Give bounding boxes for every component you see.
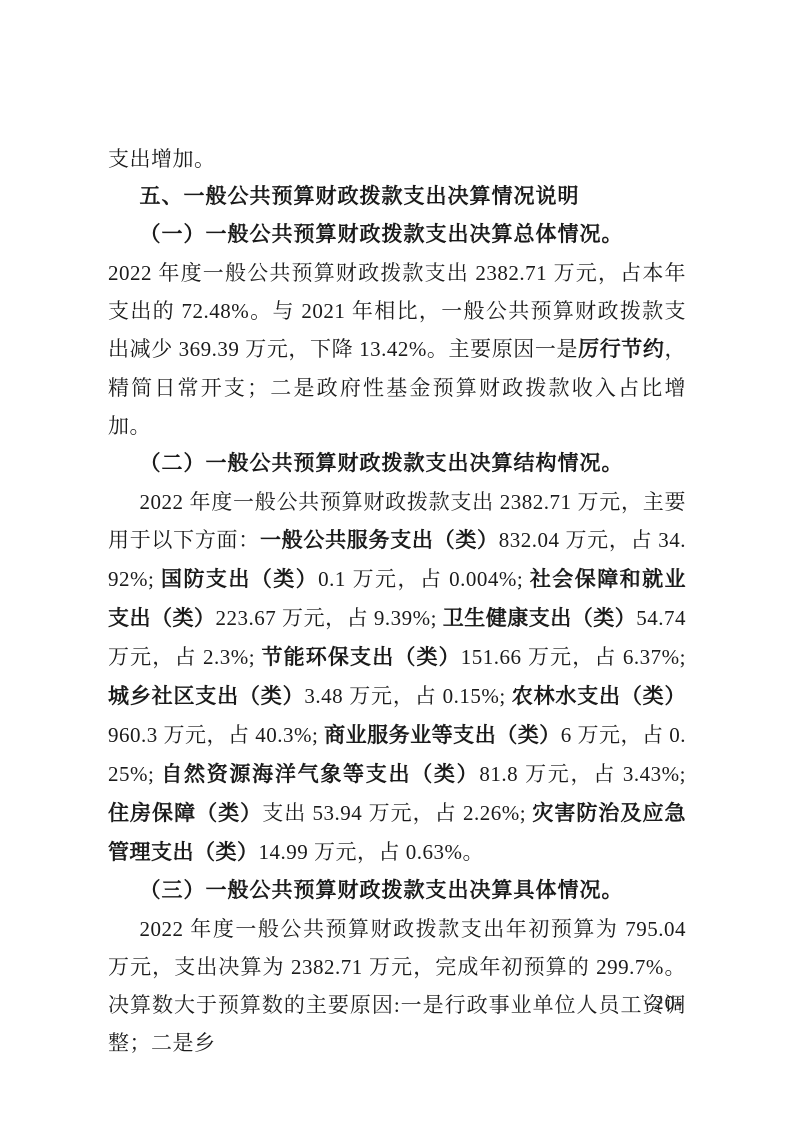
document-body: 支出增加。五、一般公共预算财政拨款支出决算情况说明（一）一般公共预算财政拨款支出… <box>108 140 686 1062</box>
emphasis-text: 住房保障（类） <box>108 802 262 825</box>
section-heading: （三）一般公共预算财政拨款支出决算具体情况。 <box>108 872 686 910</box>
body-paragraph: 2022 年度一般公共预算财政拨款支出 2382.71 万元，主要用于以下方面：… <box>108 483 686 872</box>
emphasis-text: 卫生健康支出（类） <box>443 607 637 630</box>
body-paragraph: 2022 年度一般公共预算财政拨款支出年初预算为 795.04 万元，支出决算为… <box>108 910 686 1062</box>
emphasis-text: （一）一般公共预算财政拨款支出决算总体情况。 <box>140 223 624 246</box>
text-segment: 支出增加。 <box>108 147 216 171</box>
text-segment: 支出 53.94 万元，占 2.26%; <box>262 801 532 825</box>
emphasis-text: 一般公共服务支出（类） <box>260 529 499 552</box>
text-segment: 81.8 万元，占 3.43%; <box>479 762 686 786</box>
emphasis-text: 五、一般公共预算财政拨款支出决算情况说明 <box>140 185 580 208</box>
document-page: 支出增加。五、一般公共预算财政拨款支出决算情况说明（一）一般公共预算财政拨款支出… <box>0 0 793 1122</box>
text-segment: 960.3 万元，占 40.3%; <box>108 723 324 747</box>
section-heading: （二）一般公共预算财政拨款支出决算结构情况。 <box>108 445 686 483</box>
section-heading: （一）一般公共预算财政拨款支出决算总体情况。 <box>108 216 686 254</box>
text-segment: 0.1 万元，占 0.004%; <box>318 567 530 591</box>
body-paragraph: 支出增加。 <box>108 140 686 178</box>
emphasis-text: （二）一般公共预算财政拨款支出决算结构情况。 <box>140 452 624 475</box>
emphasis-text: 城乡社区支出（类） <box>108 685 304 708</box>
text-segment: 151.66 万元，占 6.37%; <box>461 645 686 669</box>
text-segment: 3.48 万元，占 0.15%; <box>304 684 511 708</box>
text-segment: 14.99 万元，占 0.63%。 <box>259 840 485 864</box>
emphasis-text: 国防支出（类） <box>161 568 318 591</box>
body-paragraph: 2022 年度一般公共预算财政拨款支出 2382.71 万元，占本年支出的 72… <box>108 254 686 445</box>
emphasis-text: 农林水支出（类） <box>512 685 686 708</box>
section-heading: 五、一般公共预算财政拨款支出决算情况说明 <box>108 178 686 216</box>
page-number: -20- <box>646 992 683 1015</box>
emphasis-text: （三）一般公共预算财政拨款支出决算具体情况。 <box>140 879 624 902</box>
emphasis-text: 厉行节约 <box>578 338 664 361</box>
emphasis-text: 自然资源海洋气象等支出（类） <box>161 763 479 786</box>
emphasis-text: 节能环保支出（类） <box>261 646 460 669</box>
text-segment: 2022 年度一般公共预算财政拨款支出年初预算为 795.04 万元，支出决算为… <box>108 917 686 1055</box>
emphasis-text: 商业服务业等支出（类） <box>324 724 561 747</box>
text-segment: 223.67 万元，占 9.39%; <box>216 606 443 630</box>
